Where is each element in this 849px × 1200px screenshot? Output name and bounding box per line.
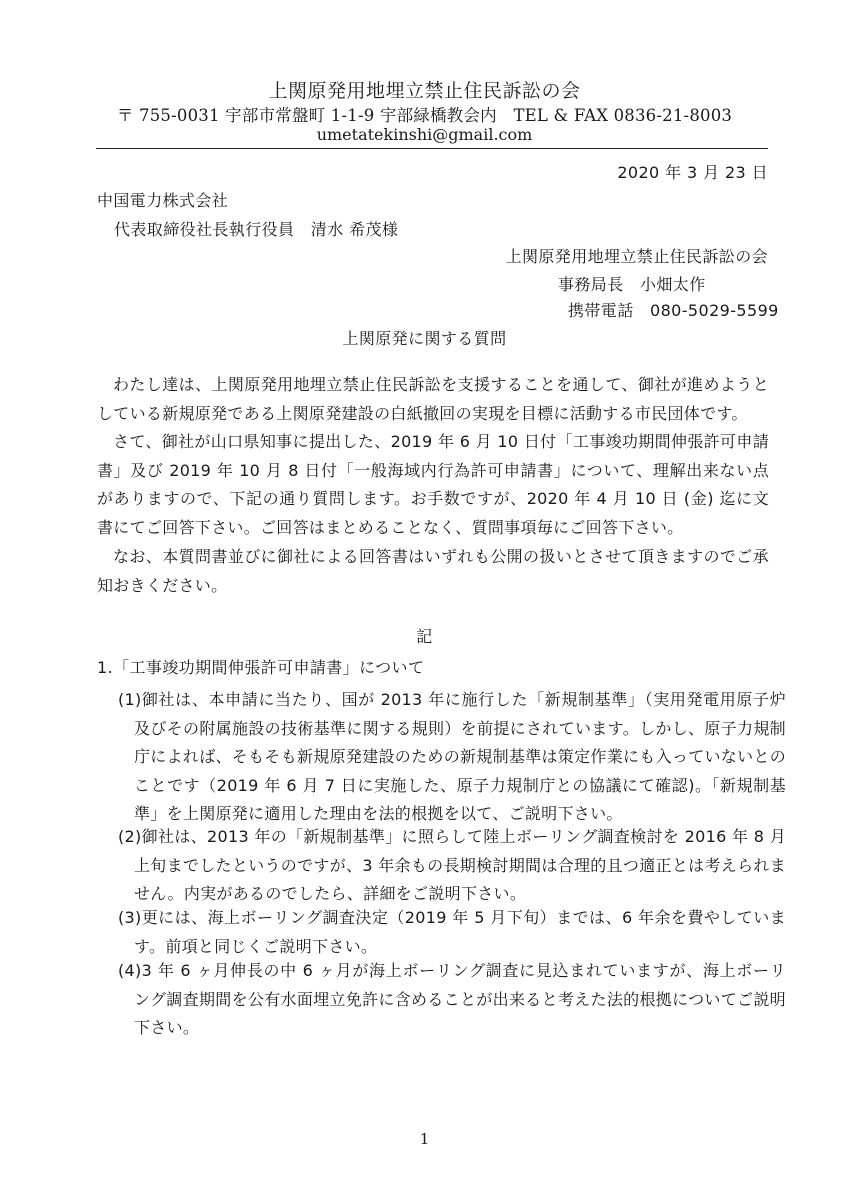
- addressee-company: 中国電力株式会社: [97, 188, 228, 211]
- sender-organization: 上関原発用地埋立禁止住民訴訟の会: [506, 244, 768, 267]
- body-paragraph: さて、御社が山口県知事に提出した、2019 年 6 月 10 日付「工事竣功期間…: [97, 428, 769, 542]
- letterhead-divider: [96, 148, 768, 149]
- body-paragraph: なお、本質問書並びに御社による回答書はいずれも公開の扱いとさせて頂きますのでご承…: [97, 543, 769, 600]
- question-item: (2)御社は、2013 年の「新規制基準」に照らして陸上ボーリング調査検討を 2…: [118, 823, 786, 909]
- body-paragraph: わたし達は、上関原発用地埋立禁止住民訴訟を支援することを通して、御社が進めようと…: [97, 371, 769, 428]
- letterhead-address: 〒 755-0031 宇部市常盤町 1-1-9 宇部緑橋教会内 TEL & FA…: [0, 102, 849, 126]
- document-title: 上関原発に関する質問: [0, 326, 849, 349]
- addressee-person: 代表取締役社長執行役員 清水 希茂様: [114, 217, 398, 240]
- page-number: 1: [0, 1130, 849, 1148]
- question-item: (1)御社は、本申請に当たり、国が 2013 年に施行した「新規制基準」（実用発…: [118, 686, 786, 829]
- letterhead-organization: 上関原発用地埋立禁止住民訴訟の会: [0, 76, 849, 103]
- document-page: 上関原発用地埋立禁止住民訴訟の会 〒 755-0031 宇部市常盤町 1-1-9…: [0, 0, 849, 1200]
- section-heading: 1.「工事竣功期間伸張許可申請書」について: [97, 655, 424, 678]
- question-item: (3)更には、海上ボーリング調査決定（2019 年 5 月下旬）までは、6 年余…: [118, 904, 786, 961]
- letterhead-email: umetatekinshi@gmail.com: [0, 125, 849, 144]
- sender-role-name: 事務局長 小畑太作: [558, 272, 706, 295]
- ki-heading: 記: [0, 624, 849, 647]
- sender-phone: 携帯電話 080-5029-5599: [568, 298, 779, 321]
- document-date: 2020 年 3 月 23 日: [617, 160, 768, 183]
- question-item: (4)3 年 6 ヶ月伸長の中 6 ヶ月が海上ボーリング調査に見込まれていますが…: [118, 957, 786, 1043]
